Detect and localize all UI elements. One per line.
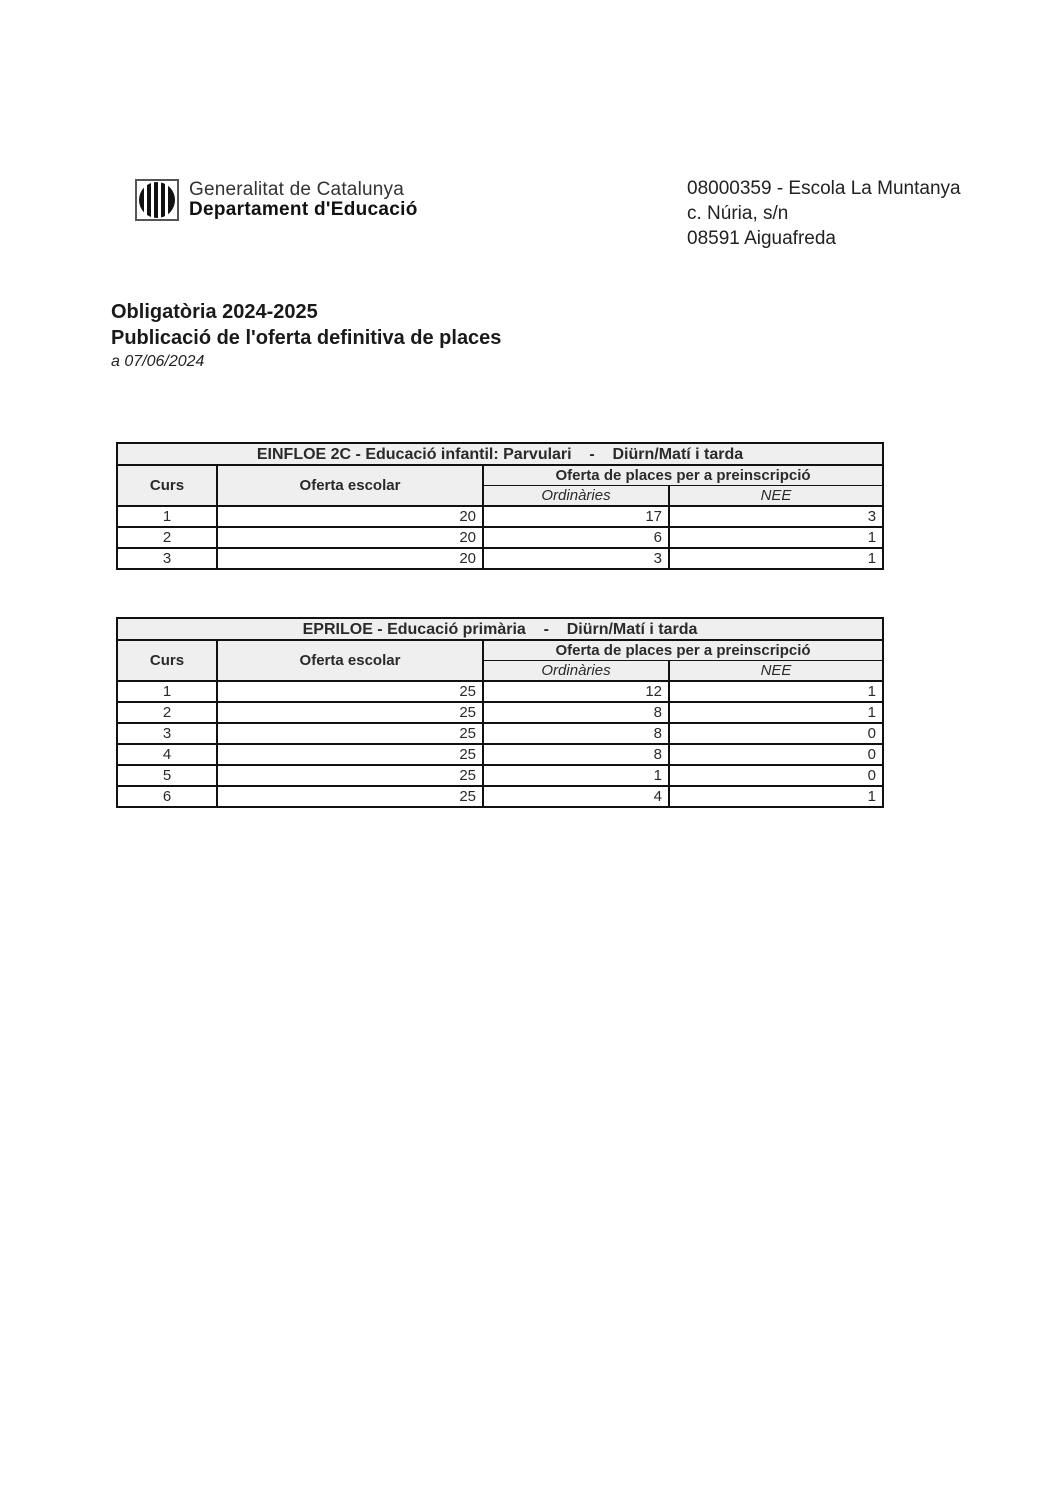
column-header-ordinaries: Ordinàries bbox=[483, 486, 669, 507]
cell-oferta-escolar: 25 bbox=[217, 723, 483, 744]
cell-nee: 1 bbox=[669, 548, 883, 569]
table-row: 62541 bbox=[117, 786, 883, 807]
cell-ordinaries: 17 bbox=[483, 506, 669, 527]
school-code-name: 08000359 - Escola La Muntanya bbox=[687, 176, 961, 201]
document-heading: Obligatòria 2024-2025 Publicació de l'of… bbox=[111, 299, 501, 373]
table-row: 32031 bbox=[117, 548, 883, 569]
cell-curs: 5 bbox=[117, 765, 217, 786]
document-subtitle: Publicació de l'oferta definitiva de pla… bbox=[111, 325, 501, 351]
table-row: 125121 bbox=[117, 681, 883, 702]
cell-oferta-escolar: 20 bbox=[217, 527, 483, 548]
cell-curs: 3 bbox=[117, 723, 217, 744]
organization-name: Generalitat de Catalunya Departament d'E… bbox=[189, 180, 418, 220]
department-name: Departament d'Educació bbox=[189, 200, 418, 220]
cell-nee: 1 bbox=[669, 681, 883, 702]
government-name: Generalitat de Catalunya bbox=[189, 180, 418, 200]
cell-curs: 6 bbox=[117, 786, 217, 807]
column-header-preinscripcio: Oferta de places per a preinscripció bbox=[483, 465, 883, 486]
organization-logo: Generalitat de Catalunya Departament d'E… bbox=[135, 179, 418, 221]
cell-nee: 0 bbox=[669, 744, 883, 765]
column-header-oferta-escolar: Oferta escolar bbox=[217, 465, 483, 506]
column-header-preinscripcio: Oferta de places per a preinscripció bbox=[483, 640, 883, 661]
cell-curs: 2 bbox=[117, 702, 217, 723]
column-header-curs: Curs bbox=[117, 465, 217, 506]
table-row: 120173 bbox=[117, 506, 883, 527]
cell-ordinaries: 12 bbox=[483, 681, 669, 702]
school-address: c. Núria, s/n bbox=[687, 201, 961, 226]
cell-nee: 1 bbox=[669, 702, 883, 723]
generalitat-coat-of-arms-icon bbox=[135, 179, 179, 221]
cell-nee: 1 bbox=[669, 786, 883, 807]
table-caption: EINFLOE 2C - Educació infantil: Parvular… bbox=[117, 443, 883, 465]
table-row: 42580 bbox=[117, 744, 883, 765]
column-header-oferta-escolar: Oferta escolar bbox=[217, 640, 483, 681]
cell-nee: 3 bbox=[669, 506, 883, 527]
cell-curs: 1 bbox=[117, 506, 217, 527]
cell-ordinaries: 8 bbox=[483, 723, 669, 744]
cell-ordinaries: 4 bbox=[483, 786, 669, 807]
document-title: Obligatòria 2024-2025 bbox=[111, 299, 501, 325]
table-row: 52510 bbox=[117, 765, 883, 786]
cell-oferta-escolar: 20 bbox=[217, 506, 483, 527]
cell-curs: 4 bbox=[117, 744, 217, 765]
cell-curs: 2 bbox=[117, 527, 217, 548]
cell-oferta-escolar: 20 bbox=[217, 548, 483, 569]
cell-nee: 0 bbox=[669, 765, 883, 786]
column-header-nee: NEE bbox=[669, 486, 883, 507]
school-postal-city: 08591 Aiguafreda bbox=[687, 226, 961, 251]
cell-nee: 0 bbox=[669, 723, 883, 744]
cell-ordinaries: 8 bbox=[483, 702, 669, 723]
offer-table-infantil: EINFLOE 2C - Educació infantil: Parvular… bbox=[116, 442, 884, 570]
cell-curs: 1 bbox=[117, 681, 217, 702]
table-row: 22061 bbox=[117, 527, 883, 548]
cell-oferta-escolar: 25 bbox=[217, 744, 483, 765]
cell-ordinaries: 6 bbox=[483, 527, 669, 548]
cell-ordinaries: 3 bbox=[483, 548, 669, 569]
cell-curs: 3 bbox=[117, 548, 217, 569]
cell-oferta-escolar: 25 bbox=[217, 681, 483, 702]
cell-oferta-escolar: 25 bbox=[217, 702, 483, 723]
school-info: 08000359 - Escola La Muntanya c. Núria, … bbox=[687, 176, 961, 251]
table-caption: EPRILOE - Educació primària - Diürn/Matí… bbox=[117, 618, 883, 640]
table-row: 22581 bbox=[117, 702, 883, 723]
cell-ordinaries: 8 bbox=[483, 744, 669, 765]
table-row: 32580 bbox=[117, 723, 883, 744]
cell-oferta-escolar: 25 bbox=[217, 765, 483, 786]
column-header-nee: NEE bbox=[669, 661, 883, 682]
publication-date: a 07/06/2024 bbox=[111, 351, 501, 373]
cell-oferta-escolar: 25 bbox=[217, 786, 483, 807]
column-header-curs: Curs bbox=[117, 640, 217, 681]
cell-nee: 1 bbox=[669, 527, 883, 548]
cell-ordinaries: 1 bbox=[483, 765, 669, 786]
offer-table-primaria: EPRILOE - Educació primària - Diürn/Matí… bbox=[116, 617, 884, 808]
column-header-ordinaries: Ordinàries bbox=[483, 661, 669, 682]
